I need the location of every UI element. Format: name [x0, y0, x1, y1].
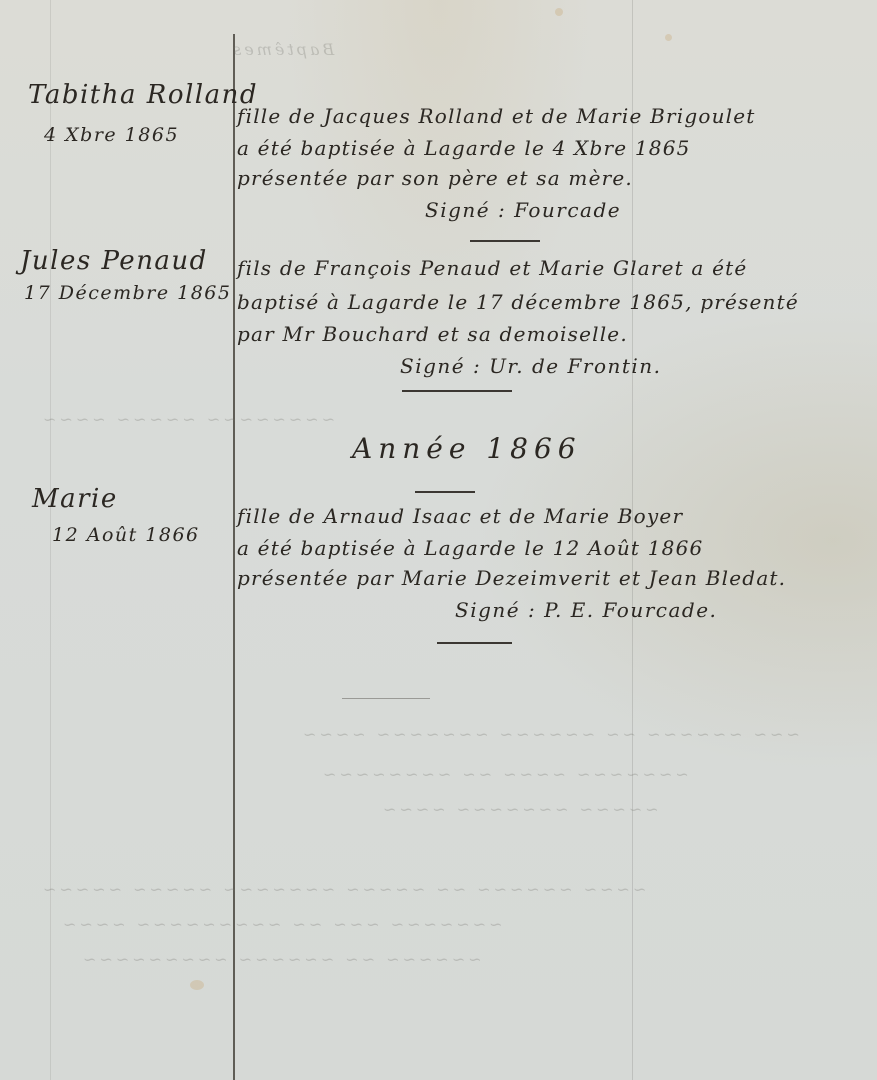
paper-stain — [555, 8, 563, 16]
entry-2-line-3: par Mr Bouchard et sa demoiselle. — [237, 322, 628, 346]
entry-1-line-3: présentée par son père et sa mère. — [237, 166, 633, 190]
register-page: Baptêmes ~~~~~~~~ ~~~~~ ~~~~ ~~~ ~~~~~~ … — [0, 0, 877, 1080]
paper-stain — [190, 980, 204, 990]
bleed-through-text: ~~~~~~~ ~~~~ ~~ ~~~~~~~~ — [320, 765, 689, 784]
bleed-through-text: ~~~ ~~~~~~ ~~ ~~~~~~ ~~~~~~~ ~~~~ — [300, 725, 800, 744]
faint-ruling-line — [50, 0, 51, 1080]
entry-3-signature: Signé : P. E. Fourcade. — [455, 598, 717, 622]
entry-2-signature: Signé : Ur. de Frontin. — [400, 354, 662, 378]
bleed-through-text: ~~~~ ~~~~~~ ~~ ~~~~~ ~~~~~~~ ~~~~~ ~~~~~ — [40, 880, 646, 899]
year-heading: Année 1866 — [352, 432, 582, 465]
faint-separator — [342, 698, 430, 699]
entry-separator — [415, 491, 475, 493]
bleed-through-text: ~~~~~~~ ~~~ ~~ ~~~~~~~~~ ~~~~ — [60, 915, 503, 934]
entry-separator — [402, 390, 512, 392]
entry-3-line-1: fille de Arnaud Isaac et de Marie Boyer — [237, 504, 683, 528]
bleed-through-text: Baptêmes — [230, 40, 334, 59]
entry-2-baptism-date: 17 Décembre 1865 — [24, 282, 231, 304]
entry-1-signature: Signé : Fourcade — [425, 198, 621, 222]
entry-1-baptized-name: Tabitha Rolland — [28, 80, 258, 110]
entry-3-line-3: présentée par Marie Dezeimverit et Jean … — [237, 566, 786, 590]
entry-3-line-2: a été baptisée à Lagarde le 12 Août 1866 — [237, 536, 703, 560]
bleed-through-text: ~~~~~~~~ ~~~~~ ~~~~ — [40, 410, 335, 429]
entry-1-baptism-date: 4 Xbre 1865 — [44, 124, 179, 146]
paper-stain — [665, 34, 672, 41]
entry-1-line-1: fille de Jacques Rolland et de Marie Bri… — [237, 104, 756, 128]
entry-3-baptized-name: Marie — [32, 484, 118, 514]
bleed-through-text: ~~~~~~ ~~ ~~~~~~ ~~~~~~~~~ — [80, 950, 482, 969]
bleed-through-text: ~~~~~ ~~~~~~~ ~~~~ — [380, 800, 659, 819]
entry-separator — [470, 240, 540, 242]
entry-2-baptized-name: Jules Penaud — [20, 246, 208, 276]
entry-1-line-2: a été baptisée à Lagarde le 4 Xbre 1865 — [237, 136, 691, 160]
entry-separator — [437, 642, 512, 644]
entry-3-baptism-date: 12 Août 1866 — [52, 524, 200, 546]
entry-2-line-1: fils de François Penaud et Marie Glaret … — [237, 256, 747, 280]
entry-2-line-2: baptisé à Lagarde le 17 décembre 1865, p… — [237, 290, 799, 314]
